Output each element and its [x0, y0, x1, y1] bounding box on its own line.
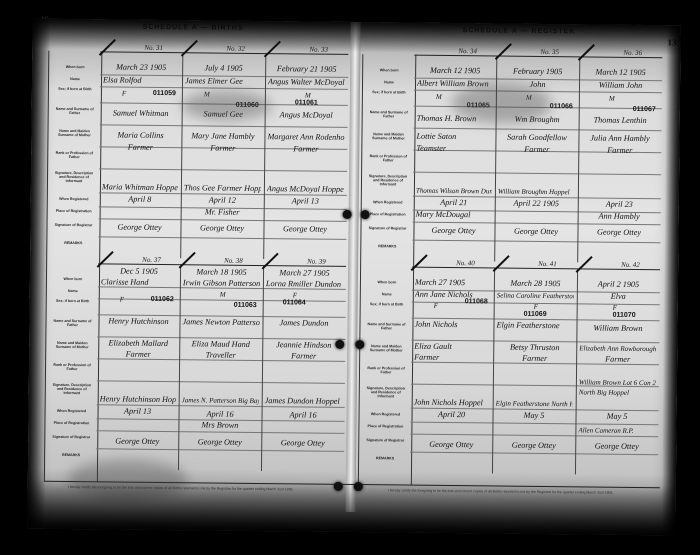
- label-registrar: Signature of Registrar: [49, 435, 93, 439]
- when-born: March 23 1905: [103, 62, 179, 73]
- when-born: April 2 1905: [580, 279, 657, 290]
- father-name: Angus McDoyal: [268, 110, 345, 121]
- label-remarks: REMARKS: [51, 241, 95, 245]
- mother-name: Sarah Goodfellow: [498, 133, 575, 144]
- child-name: Selina Caroline Featherstone: [497, 290, 574, 301]
- registrar-signature: George Ottey: [413, 440, 489, 451]
- mother-name: Jeannie Hindson: [265, 340, 342, 351]
- father-name: Thomas Lenthin: [582, 115, 659, 126]
- mother-name: Mary Jane Hambly: [184, 131, 261, 142]
- label-name: Name: [51, 289, 95, 293]
- label-remarks: REMARKS: [365, 244, 409, 248]
- binding-hole: [335, 340, 344, 349]
- when-born: March 28 1905: [497, 278, 574, 289]
- reference-stamp: 011064: [283, 299, 306, 306]
- profession: Teamster: [416, 144, 492, 155]
- reference-stamp: 011070: [613, 312, 636, 319]
- sex: M: [220, 290, 260, 300]
- label-registrar: Signature of Registrar: [365, 226, 409, 230]
- profession: Farmer: [265, 351, 342, 362]
- registered-date: April 13: [267, 196, 344, 207]
- registrar-signature: George Ottey: [495, 440, 572, 451]
- registered-date: May 5: [579, 411, 656, 422]
- father-name: John Nichols: [414, 320, 490, 331]
- father-name: Elgin Featherstone: [496, 320, 573, 331]
- informant: James Dundon Hoppel: [265, 396, 342, 407]
- birth-entry: No. 32 July 4 1905 James Elmer Gee M 011…: [180, 53, 266, 259]
- label-mother: Name and Maiden Surname of Mother: [50, 341, 94, 349]
- registration-place: Mary McDougal: [416, 210, 492, 221]
- label-mother: Name and Maiden Surname of Mother: [364, 344, 408, 352]
- reference-stamp: 011062: [151, 296, 174, 303]
- informant: Elgin Featherstone North Hoppel: [496, 398, 573, 409]
- profession: Farmer: [496, 353, 573, 364]
- when-born: March 18 1905: [183, 267, 260, 278]
- when-born: March 12 1905: [582, 67, 659, 78]
- child-name: Lorna Rmiller Dundon: [266, 279, 343, 290]
- reference-stamp: 011061: [295, 99, 318, 106]
- registration-place: Allen Cameron R.P.: [578, 425, 655, 436]
- informant: Thos Gee Farmer Hoppel: [184, 183, 261, 194]
- entries-right: No. 34 March 12 1905 Albert William Brow…: [410, 55, 662, 488]
- registrar-signature: George Ottey: [266, 224, 343, 235]
- when-born: March 27 1905: [415, 278, 491, 289]
- reference-stamp: 011063: [234, 302, 257, 309]
- birth-entry: No. 39 March 27 1905 Lorna Rmiller Dundo…: [261, 266, 346, 472]
- when-born: February 1905: [499, 67, 576, 78]
- registrar-signature: George Ottey: [415, 226, 491, 237]
- label-place: Place of Registration: [366, 212, 410, 216]
- when-born: February 21 1905: [268, 64, 345, 75]
- registration-place: Ann Hambly: [581, 211, 658, 222]
- mother-name: Julia Ann Hambly: [581, 133, 658, 144]
- child-name: Elva: [580, 291, 657, 302]
- label-profession: Rank or Profession of Father: [50, 363, 94, 371]
- row-labels-right: When born Name Sex; if born at Birth Nam…: [358, 54, 416, 485]
- birth-entry: No. 33 February 21 1905 Angus Walter McD…: [263, 54, 348, 260]
- profession: Farmer: [581, 145, 658, 156]
- birth-entry: No. 42 April 2 1905 Elva F 011070 Willia…: [575, 269, 660, 475]
- birth-entry: No. 36 March 12 1905 William John M 0110…: [577, 57, 662, 263]
- label-sex: Sex; if born at Birth: [365, 302, 409, 306]
- label-informant: Signature, Description and Residence of …: [52, 171, 96, 183]
- mother-name: Maria Collins: [102, 130, 178, 141]
- child-name: Angus Walter McDoyal: [268, 77, 345, 88]
- profession: Traveller: [182, 350, 259, 361]
- child-name: William John: [582, 80, 659, 91]
- birth-entry: No. 31 March 23 1905 Elsa Rolfod F 01105…: [98, 52, 183, 258]
- mother-name: Elizabeth Mallard: [100, 338, 176, 349]
- label-informant: Signature, Description and Residence of …: [366, 174, 410, 186]
- registered-date: April 13: [100, 406, 176, 417]
- registered-date: April 22 1905: [498, 199, 575, 210]
- label-registered: When Registered: [364, 412, 408, 416]
- label-name: Name: [365, 292, 409, 296]
- reference-stamp: 011067: [633, 106, 656, 113]
- registered-date: April 20: [414, 410, 490, 421]
- father-name: James Dundon: [265, 318, 342, 329]
- ledger-page-scan: 16 SCHEDULE A — BIRTHS SCHEDULE A — REGI…: [27, 19, 680, 536]
- mother-name: Eliza Maud Hand: [182, 339, 259, 350]
- label-father: Name and Surname of Father: [367, 110, 411, 118]
- label-registered: When Registered: [50, 409, 94, 413]
- label-remarks: REMARKS: [49, 453, 93, 457]
- father-name: Samuel Whitman: [103, 108, 179, 119]
- binding-hole: [355, 340, 364, 349]
- label-place: Place of Registration: [49, 421, 93, 425]
- informant: Henry Hutchinson Hoppel: [100, 394, 176, 405]
- label-sex: Sex; if born at Birth: [367, 90, 411, 94]
- registered-date: April 21: [416, 198, 492, 209]
- sex: M: [609, 94, 659, 105]
- profession: Farmer: [267, 144, 344, 155]
- child-name: Elsa Rolfod: [103, 75, 179, 86]
- birth-entry: No. 40 March 27 1905 Ann Jane Nichols F …: [410, 268, 495, 474]
- when-born: July 4 1905: [185, 63, 262, 74]
- profession: Farmer: [100, 349, 176, 360]
- label-informant: Signature, Description and Residence of …: [364, 386, 408, 398]
- profession: Farmer: [414, 353, 490, 364]
- registered-date: April 8: [102, 194, 178, 205]
- registered-date: May 5: [496, 410, 573, 421]
- registered-date: April 12: [184, 195, 261, 206]
- mother-name: Elizabeth Ann Rowborough: [579, 343, 656, 354]
- label-sex: Sex; if born at Birth: [51, 299, 95, 303]
- label-remarks: REMARKS: [363, 456, 407, 460]
- entry-row-bottom-left: No. 37 Dec 5 1905 Clarisse Hand F 011062…: [96, 263, 346, 472]
- registrar-signature: George Ottey: [580, 227, 657, 238]
- when-born: March 12 1905: [417, 66, 493, 77]
- label-sex: Sex; if born at Birth: [53, 87, 97, 91]
- registrar-signature: George Ottey: [264, 438, 341, 449]
- child-name: Irwin Gibson Patterson: [183, 278, 260, 289]
- reference-stamp: 011068: [465, 298, 488, 305]
- birth-entry: No. 37 Dec 5 1905 Clarisse Hand F 011062…: [96, 264, 181, 470]
- label-profession: Rank or Profession of Father: [52, 151, 96, 159]
- label-registrar: Signature of Registrar: [52, 223, 96, 227]
- label-when-born: When born: [367, 68, 411, 72]
- reference-stamp: 011059: [153, 90, 176, 97]
- label-name: Name: [367, 80, 411, 84]
- label-profession: Rank or Profession of Father: [366, 154, 410, 162]
- registered-date: April 23: [581, 199, 658, 210]
- label-father: Name and Surname of Father: [364, 322, 408, 330]
- label-registrar: Signature of Registrar: [363, 438, 407, 442]
- entry-row-bottom-right: No. 40 March 27 1905 Ann Jane Nichols F …: [410, 267, 660, 476]
- registrar-signature: George Ottey: [497, 227, 574, 238]
- registered-date: April 16: [264, 410, 341, 421]
- mother-name: Eliza Gault: [414, 342, 490, 353]
- mother-name: Margaret Ann Rodenhold: [267, 132, 344, 143]
- when-born: March 27 1905: [266, 268, 343, 279]
- row-labels-left: When born Name Sex; if born at Birth Nam…: [44, 51, 102, 482]
- reference-stamp: 011069: [524, 311, 547, 318]
- label-name: Name: [53, 77, 97, 81]
- informant: Thomas Wilson Brown Dundon: [416, 186, 492, 197]
- registration-place: Mr. Fisher: [184, 207, 261, 218]
- label-mother: Name and Maiden Surname of Mother: [366, 132, 410, 140]
- child-name: James Elmer Gee: [185, 76, 262, 87]
- binding-hole: [343, 210, 352, 219]
- registered-date: April 16: [182, 409, 259, 420]
- registration-place: Mrs Brown: [181, 420, 258, 431]
- label-registered: When Registered: [52, 197, 96, 201]
- profession: Farmer: [579, 354, 656, 365]
- informant: John Nichols Hoppel: [414, 398, 490, 409]
- registrar-signature: George Ottey: [99, 436, 175, 447]
- registrar-signature: George Ottey: [183, 223, 260, 234]
- profession: Farmer: [498, 145, 575, 156]
- registrar-signature: George Ottey: [578, 441, 655, 452]
- child-name: Clarisse Hand: [101, 277, 177, 288]
- informant: William Broughm Hoppel: [498, 187, 575, 198]
- registrar-signature: George Ottey: [101, 222, 177, 233]
- label-profession: Rank or Profession of Father: [364, 366, 408, 374]
- father-name: Henry Hutchinson: [100, 316, 176, 327]
- mother-name: Betsy Thruston: [496, 342, 573, 353]
- label-place: Place of Registration: [363, 424, 407, 428]
- label-father: Name and Surname of Father: [53, 107, 97, 115]
- label-mother: Name and Maiden Surname of Mother: [52, 129, 96, 137]
- birth-entry: No. 38 March 18 1905 Irwin Gibson Patter…: [178, 265, 264, 471]
- informant: William Brown Lot 6 Con 2 North Big Hopp…: [579, 377, 656, 398]
- label-when-born: When born: [53, 65, 97, 69]
- entry-row-top-right: No. 34 March 12 1905 Albert William Brow…: [412, 55, 662, 264]
- mother-name: Lottie Saton: [416, 132, 492, 143]
- reference-stamp: 011066: [550, 103, 573, 110]
- informant: Angus McDoyal Hoppel: [267, 184, 344, 195]
- entry-row-top-left: No. 31 March 23 1905 Elsa Rolfod F 01105…: [98, 51, 348, 260]
- label-registered: When Registered: [366, 200, 410, 204]
- profession: Farmer: [102, 142, 178, 153]
- informant: Maria Whitman Hoppel: [102, 182, 178, 193]
- when-born: Dec 5 1905: [101, 266, 177, 277]
- father-name: James Newton Patterson: [182, 317, 259, 328]
- birth-entry: No. 41 March 28 1905 Selina Caroline Fea…: [492, 268, 578, 474]
- profession: Farmer: [184, 143, 261, 154]
- label-place: Place of Registration: [52, 209, 96, 213]
- informant: James N. Patterson Big Bay: [182, 395, 259, 406]
- father-name: William Brown: [579, 323, 656, 334]
- label-when-born: When born: [365, 280, 409, 284]
- binding-hole: [361, 210, 370, 219]
- registrar-signature: George Ottey: [181, 437, 258, 448]
- label-when-born: When born: [51, 277, 95, 281]
- label-informant: Signature, Description and Residence of …: [50, 383, 94, 395]
- label-father: Name and Surname of Father: [50, 319, 94, 327]
